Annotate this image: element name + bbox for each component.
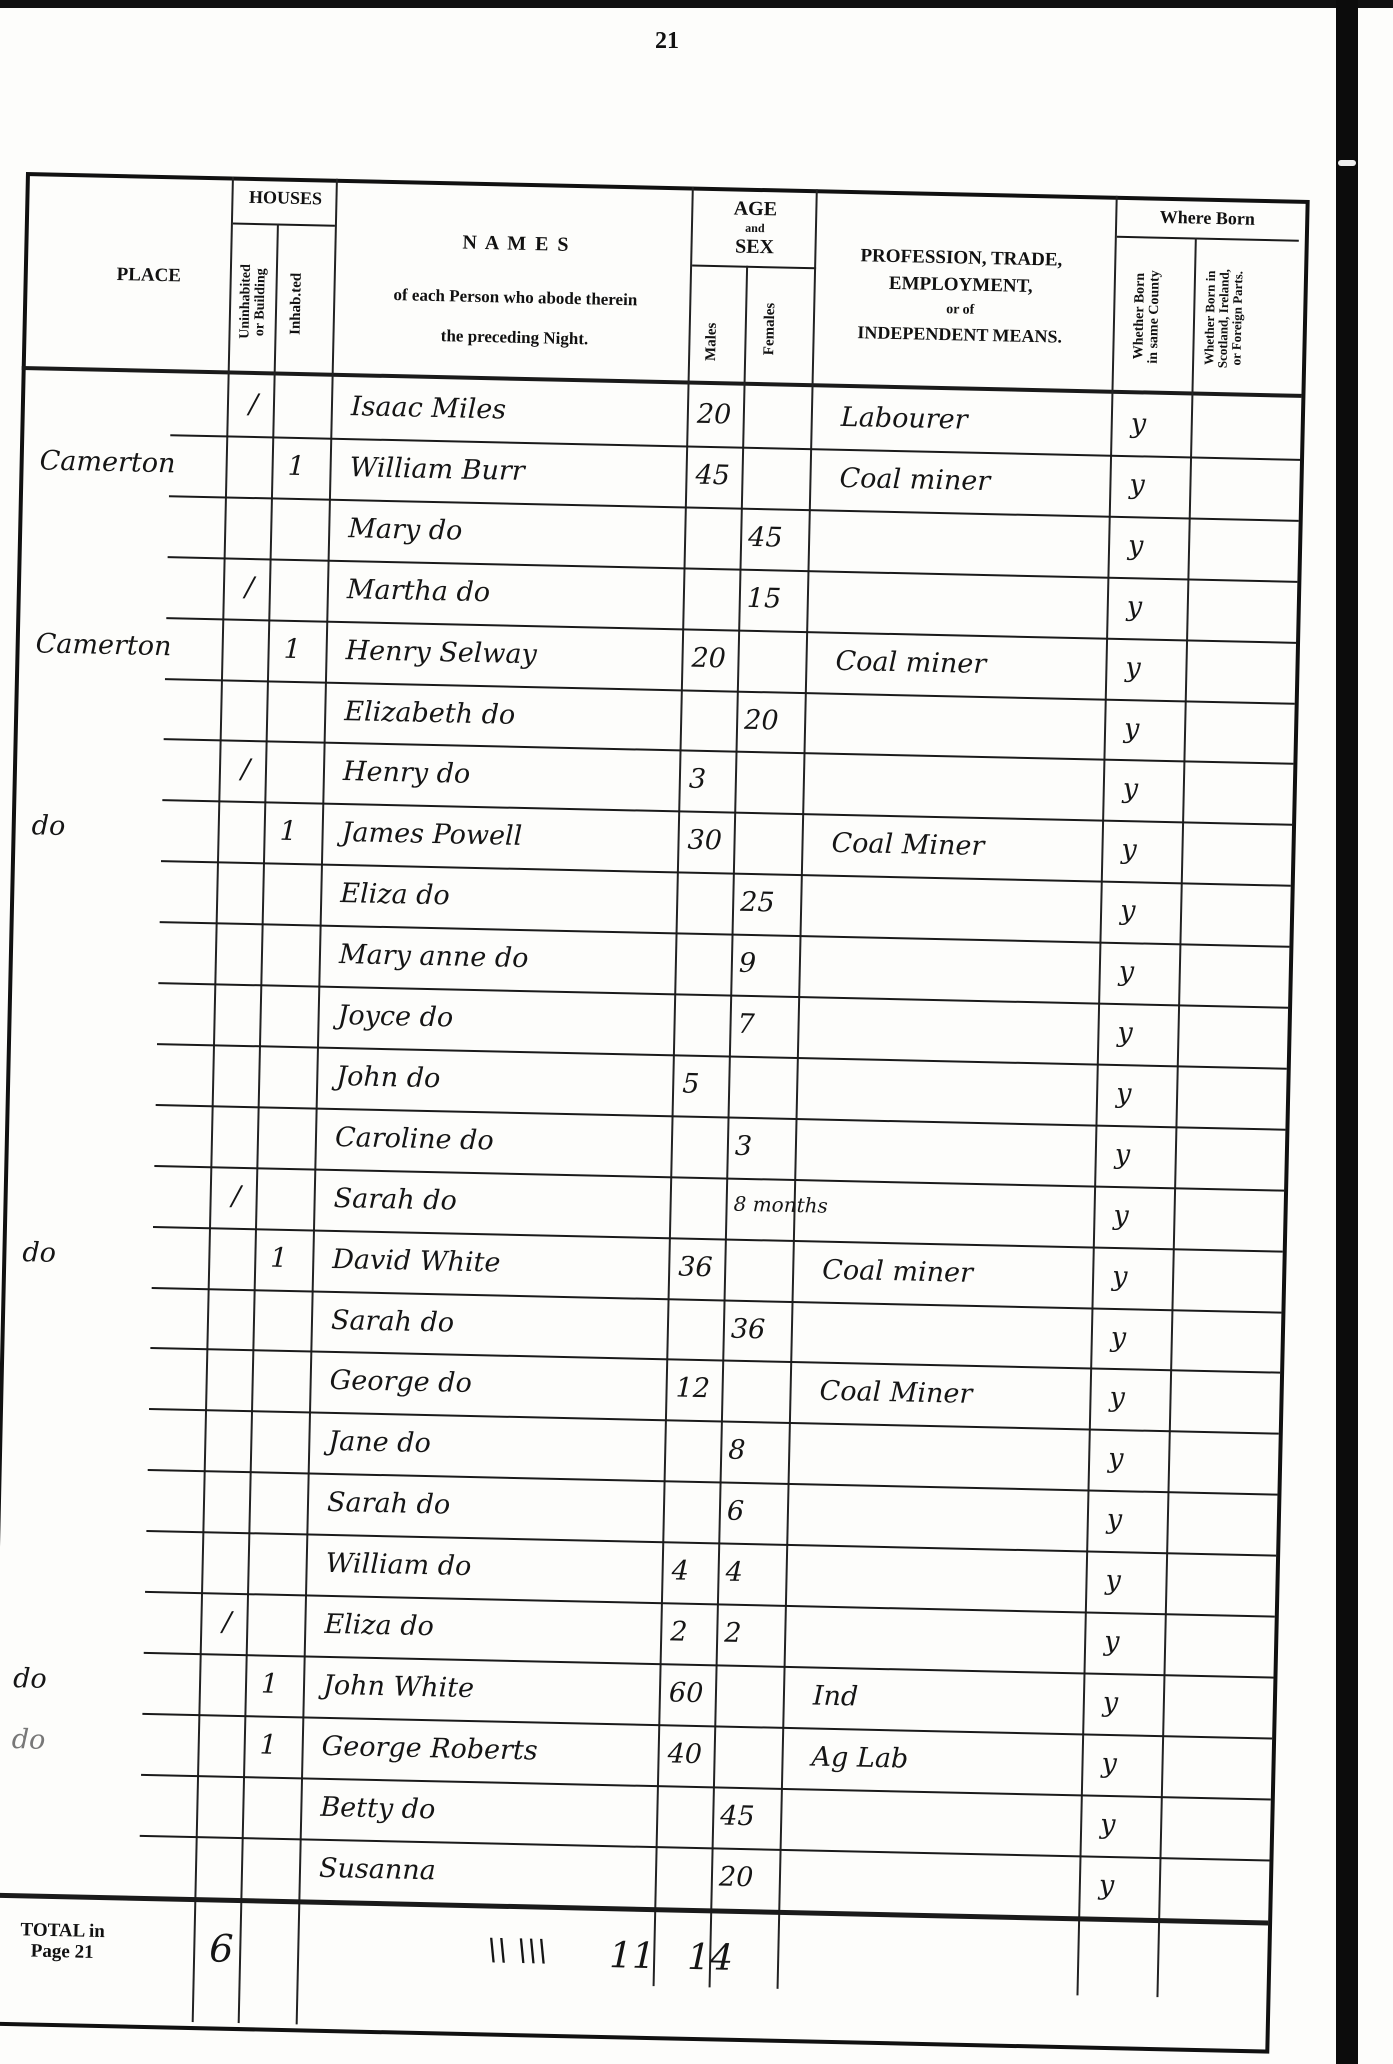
row-person-name: Mary do [348,513,463,546]
row-born-same-county: y [1101,1748,1117,1779]
row-age-male: 3 [689,764,707,795]
row-born-same-county: y [1117,1017,1133,1048]
row-person-name: William do [325,1548,471,1582]
row-place: do [22,1237,56,1269]
header-elsewhere: Whether Born in Scotland, Ireland, or Fo… [1202,248,1275,389]
row-place: do [13,1663,47,1695]
binding-tie [1338,160,1356,166]
row-profession: Coal miner [839,463,990,497]
total-females: 14 [687,1937,734,1979]
row-person-name: Isaac Miles [351,391,507,425]
row-age-female: 36 [731,1313,766,1345]
row-person-name: John White [323,1670,475,1704]
row-profession: Ind [813,1680,859,1712]
census-form: PLACE HOUSES Uninhabited or Building Inh… [0,172,1306,2051]
row-born-same-county: y [1130,408,1146,439]
row-age-male: 2 [670,1616,688,1647]
header-houses: HOUSES [233,187,337,210]
row-age-male: 5 [682,1068,700,1099]
page-binding [1336,0,1358,2064]
row-born-same-county: y [1126,591,1142,622]
row-born-same-county: y [1105,1565,1121,1596]
row-place: Camerton [39,445,175,479]
header-where-born: Where Born [1117,206,1297,231]
row-age-male: 45 [695,460,730,492]
row-age-male: 4 [671,1556,689,1587]
row-age-female: 4 [725,1557,743,1588]
row-profession: Coal miner [835,645,986,679]
row-houses-mark: / [231,1180,241,1211]
total-label-line2: Page 21 [0,1940,137,1964]
row-houses-mark: / [249,389,259,420]
scan-top-edge [0,0,1393,8]
row-born-same-county: y [1103,1687,1119,1718]
row-person-name: Eliza do [340,878,450,911]
row-inhabited-count: 1 [261,1668,279,1699]
row-person-name: Caroline do [335,1122,494,1156]
header-sex: SEX [692,235,816,261]
header-age: AGE [693,197,817,223]
row-person-name: Betty do [320,1792,436,1825]
row-person-name: George do [329,1365,472,1399]
row-age-male: 60 [669,1677,704,1709]
row-inhabited-count: 1 [279,816,297,847]
row-age-female: 6 [727,1496,745,1527]
total-males: 11 [609,1935,656,1977]
row-profession: Coal Miner [819,1376,972,1410]
row-born-same-county: y [1120,895,1136,926]
row-age-female: 3 [735,1130,753,1161]
row-age-female: 25 [740,887,775,919]
row-profession: Labourer [841,402,968,436]
row-person-name: Henry Selway [345,635,537,670]
row-born-same-county: y [1113,1200,1129,1231]
row-age-female: 8 [728,1435,746,1466]
row-age-male: 12 [675,1373,710,1405]
row-born-same-county: y [1111,1321,1127,1352]
row-profession: Ag Lab [811,1741,908,1774]
header-place: PLACE [74,263,224,288]
row-age-female: 20 [719,1861,754,1893]
row-person-name: George Roberts [321,1731,538,1767]
row-person-name: David White [332,1244,501,1279]
total-tally: \\ \\\ [487,1932,548,1968]
row-born-same-county: y [1129,469,1145,500]
header-same-county: Whether Born in same County [1132,246,1185,387]
row-inhabited-count: 1 [259,1729,277,1760]
row-age-female: 45 [748,522,783,554]
row-age-female: 20 [744,704,779,736]
row-houses-mark: / [222,1607,232,1638]
row-born-same-county: y [1107,1504,1123,1535]
row-person-name: Susanna [319,1852,436,1886]
row-person-name: Joyce do [337,1000,453,1034]
row-houses-mark: / [241,754,251,785]
row-born-same-county: y [1108,1443,1124,1474]
row-born-same-county: y [1124,713,1140,744]
row-age-male: 20 [697,399,732,431]
row-inhabited-count: 1 [287,451,305,482]
row-person-name: Jane do [328,1426,431,1459]
row-born-same-county: y [1099,1869,1115,1900]
row-profession: Coal Miner [831,828,984,862]
row-age-male: 36 [678,1251,713,1283]
row-person-name: Elizabeth do [344,696,516,731]
header-inhabited: Inhab.ted [288,248,320,361]
row-age-male: 20 [691,642,726,674]
row-place: Camerton [35,628,171,662]
row-born-same-county: y [1116,1078,1132,1109]
row-inhabited-count: 1 [270,1242,288,1273]
row-age-male: 40 [667,1738,702,1770]
row-born-same-county: y [1112,1261,1128,1292]
row-born-same-county: y [1118,956,1134,987]
row-person-name: Sarah do [327,1487,451,1521]
row-person-name: Eliza do [324,1609,434,1642]
row-person-name: Henry do [343,756,471,790]
row-person-name: Sarah do [331,1304,455,1338]
total-label: TOTAL in Page 21 [0,1920,138,1965]
header-females: Females [762,280,788,379]
row-born-same-county: y [1125,652,1141,683]
row-age-male: 30 [687,825,722,857]
row-age-female: 8 months [733,1191,828,1217]
row-age-female: 7 [737,1009,755,1040]
row-person-name: James Powell [341,817,522,852]
total-houses: 6 [209,1926,234,1971]
row-age-female: 45 [720,1800,755,1832]
total-label-line1: TOTAL in [0,1920,138,1944]
row-born-same-county: y [1104,1626,1120,1657]
row-place: do [31,811,65,843]
row-age-female: 9 [739,948,757,979]
row-born-same-county: y [1122,773,1138,804]
row-age-female: 15 [747,583,782,615]
row-profession: Coal miner [822,1254,973,1288]
row-born-same-county: y [1100,1809,1116,1840]
row-person-name: Sarah do [333,1183,457,1217]
row-born-same-county: y [1109,1382,1125,1413]
row-houses-mark: / [245,572,255,603]
row-born-same-county: y [1114,1139,1130,1170]
row-born-same-county: y [1128,530,1144,561]
row-inhabited-count: 1 [283,633,301,664]
row-person-name: William Burr [349,452,525,487]
row-person-name: Martha do [347,574,491,608]
row-person-name: Mary anne do [339,939,529,974]
row-born-same-county: y [1121,834,1137,865]
row-age-female: 2 [724,1618,742,1649]
header-males: Males [704,307,730,378]
page-number: 21 [655,28,679,55]
row-place: do [11,1724,45,1756]
row-person-name: John do [336,1061,441,1094]
